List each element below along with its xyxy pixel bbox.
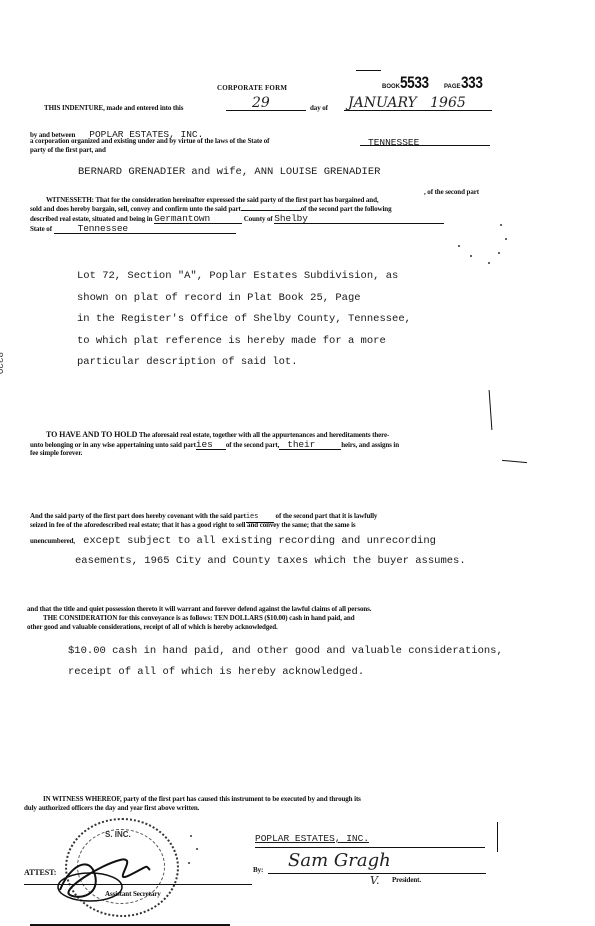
witnesseth-line2: sold and does hereby bargain, sell, conv… [30,205,391,214]
indenture-text-b: day of [310,104,328,113]
scan-mark [497,822,498,852]
by-label: By: [253,866,263,875]
consideration-typed1: $10.00 cash in hand paid, and other good… [68,645,503,657]
description-line: particular description of said lot. [77,352,411,374]
testimonium-line2: duly authorized officers the day and yea… [24,804,199,813]
scan-mark [489,390,493,430]
witnesseth-text2a: sold and does hereby bargain, sell, conv… [30,205,241,213]
scan-mark [502,460,527,463]
heirs-word: their [279,440,341,450]
seal-text: S. INC. [105,830,131,839]
day-value: 29 [252,95,270,111]
habendum-text2b: of the second part, [226,441,279,449]
company-name: POPLAR ESTATES, INC. [255,833,369,844]
habendum-text2a: unto belonging or in any wise appertaini… [30,441,196,449]
consideration-text: for this conveyance is as follows: TEN D… [117,614,354,622]
margin-note: 8329 [0,352,4,374]
book-number: 5533 [400,73,434,93]
exception-line2: easements, 1965 City and County taxes wh… [75,555,466,567]
book-label: BOOK [382,84,400,90]
witnesseth-lead: WITNESSETH: [46,196,94,204]
description-line: Lot 72, Section "A", Poplar Estates Subd… [77,266,411,288]
covenant-line2: seized in fee of the aforedescribed real… [30,521,356,530]
consideration-lead: THE CONSIDERATION [43,614,117,622]
consideration-typed2: receipt of all of which is hereby acknow… [68,666,364,678]
covenant-text3a: unencumbered, [30,537,75,545]
state-value: TENNESSEE [368,137,419,148]
witnesseth-line1: WITNESSETH: That for the consideration h… [30,196,494,205]
county-value: Shelby [274,214,444,224]
second-party-name: BERNARD GRENADIER and wife, ANN LOUISE G… [78,166,380,178]
description-line: shown on plat of record in Plat Book 25,… [77,288,411,310]
witnesseth-line4: State of Tennessee [30,224,236,234]
consideration-line2: other good and valuable considerations, … [27,623,278,632]
consideration-line1: THE CONSIDERATION for this conveyance is… [27,614,355,623]
habendum-text1: The aforesaid real estate, together with… [137,431,389,439]
property-description: Lot 72, Section "A", Poplar Estates Subd… [77,266,411,374]
state-of-label: State of [30,225,52,233]
habendum-line2: unto belonging or in any wise appertaini… [30,440,399,450]
president-prefix: V. [370,874,380,887]
month-year-field: JANUARY 1965 [344,94,492,111]
indenture-line: THIS INDENTURE, made and entered into th… [44,104,183,113]
assistant-secretary-label: Assistant Secretary [105,890,161,899]
exception-line1: except subject to all existing recording… [83,535,436,547]
page-label: PAGE [444,84,461,90]
habendum-lead: TO HAVE AND TO HOLD [46,430,137,439]
testimonium-line1: IN WITNESS WHEREOF, party of the first p… [27,795,361,804]
testimonium-text1: party of the first part has caused this … [122,795,361,803]
page-number: 333 [461,73,483,93]
indenture-text-a: made and entered into this [105,104,184,112]
day-field: 29 [226,94,306,111]
month-year-value: JANUARY 1965 [348,95,466,111]
president-label: President. [392,876,421,885]
witnesseth-text2b: of the second part the following [301,205,392,213]
state-field: TENNESSEE [360,132,490,146]
habendum-text2c: heirs, and assigns in [341,441,399,449]
covenant-text1b: of the second part that it is lawfully [274,512,377,520]
habendum-line3: fee simple forever. [30,449,82,458]
company-line [255,847,485,848]
president-signature: Sam Gragh [288,850,391,871]
description-line: in the Register's Office of Shelby Count… [77,309,411,331]
description-line: to which plat reference is hereby made f… [77,331,411,353]
testimonium-lead: IN WITNESS WHEREOF, [43,795,122,803]
covenant-line3: unencumbered, except subject to all exis… [30,530,436,548]
state-of-value: Tennessee [54,224,236,234]
first-part-line: party of the first part, and [30,146,106,155]
book-page-stamp: BOOK5533 PAGE333 [382,73,487,93]
warranty-line: and that the title and quiet possession … [27,605,371,614]
corporation-line: a corporation organized and existing und… [30,137,269,146]
form-title: CORPORATE FORM [217,84,287,92]
indenture-lead: THIS INDENTURE, [44,104,105,112]
witnesseth-text3b: County of [244,215,273,223]
witnesseth-text1: That for the consideration hereinafter e… [94,196,379,204]
scan-mark [356,70,381,71]
locality-value: Germantown [154,214,242,224]
habendum-parties-suffix: ies [196,440,226,450]
witnesseth-text3a: described real estate, situated and bein… [30,215,152,223]
covenant-text1a: And the said party of the first part doe… [30,512,246,520]
corporation-text: a corporation organized and existing und… [30,137,269,145]
grantee-part-blank [241,210,301,211]
